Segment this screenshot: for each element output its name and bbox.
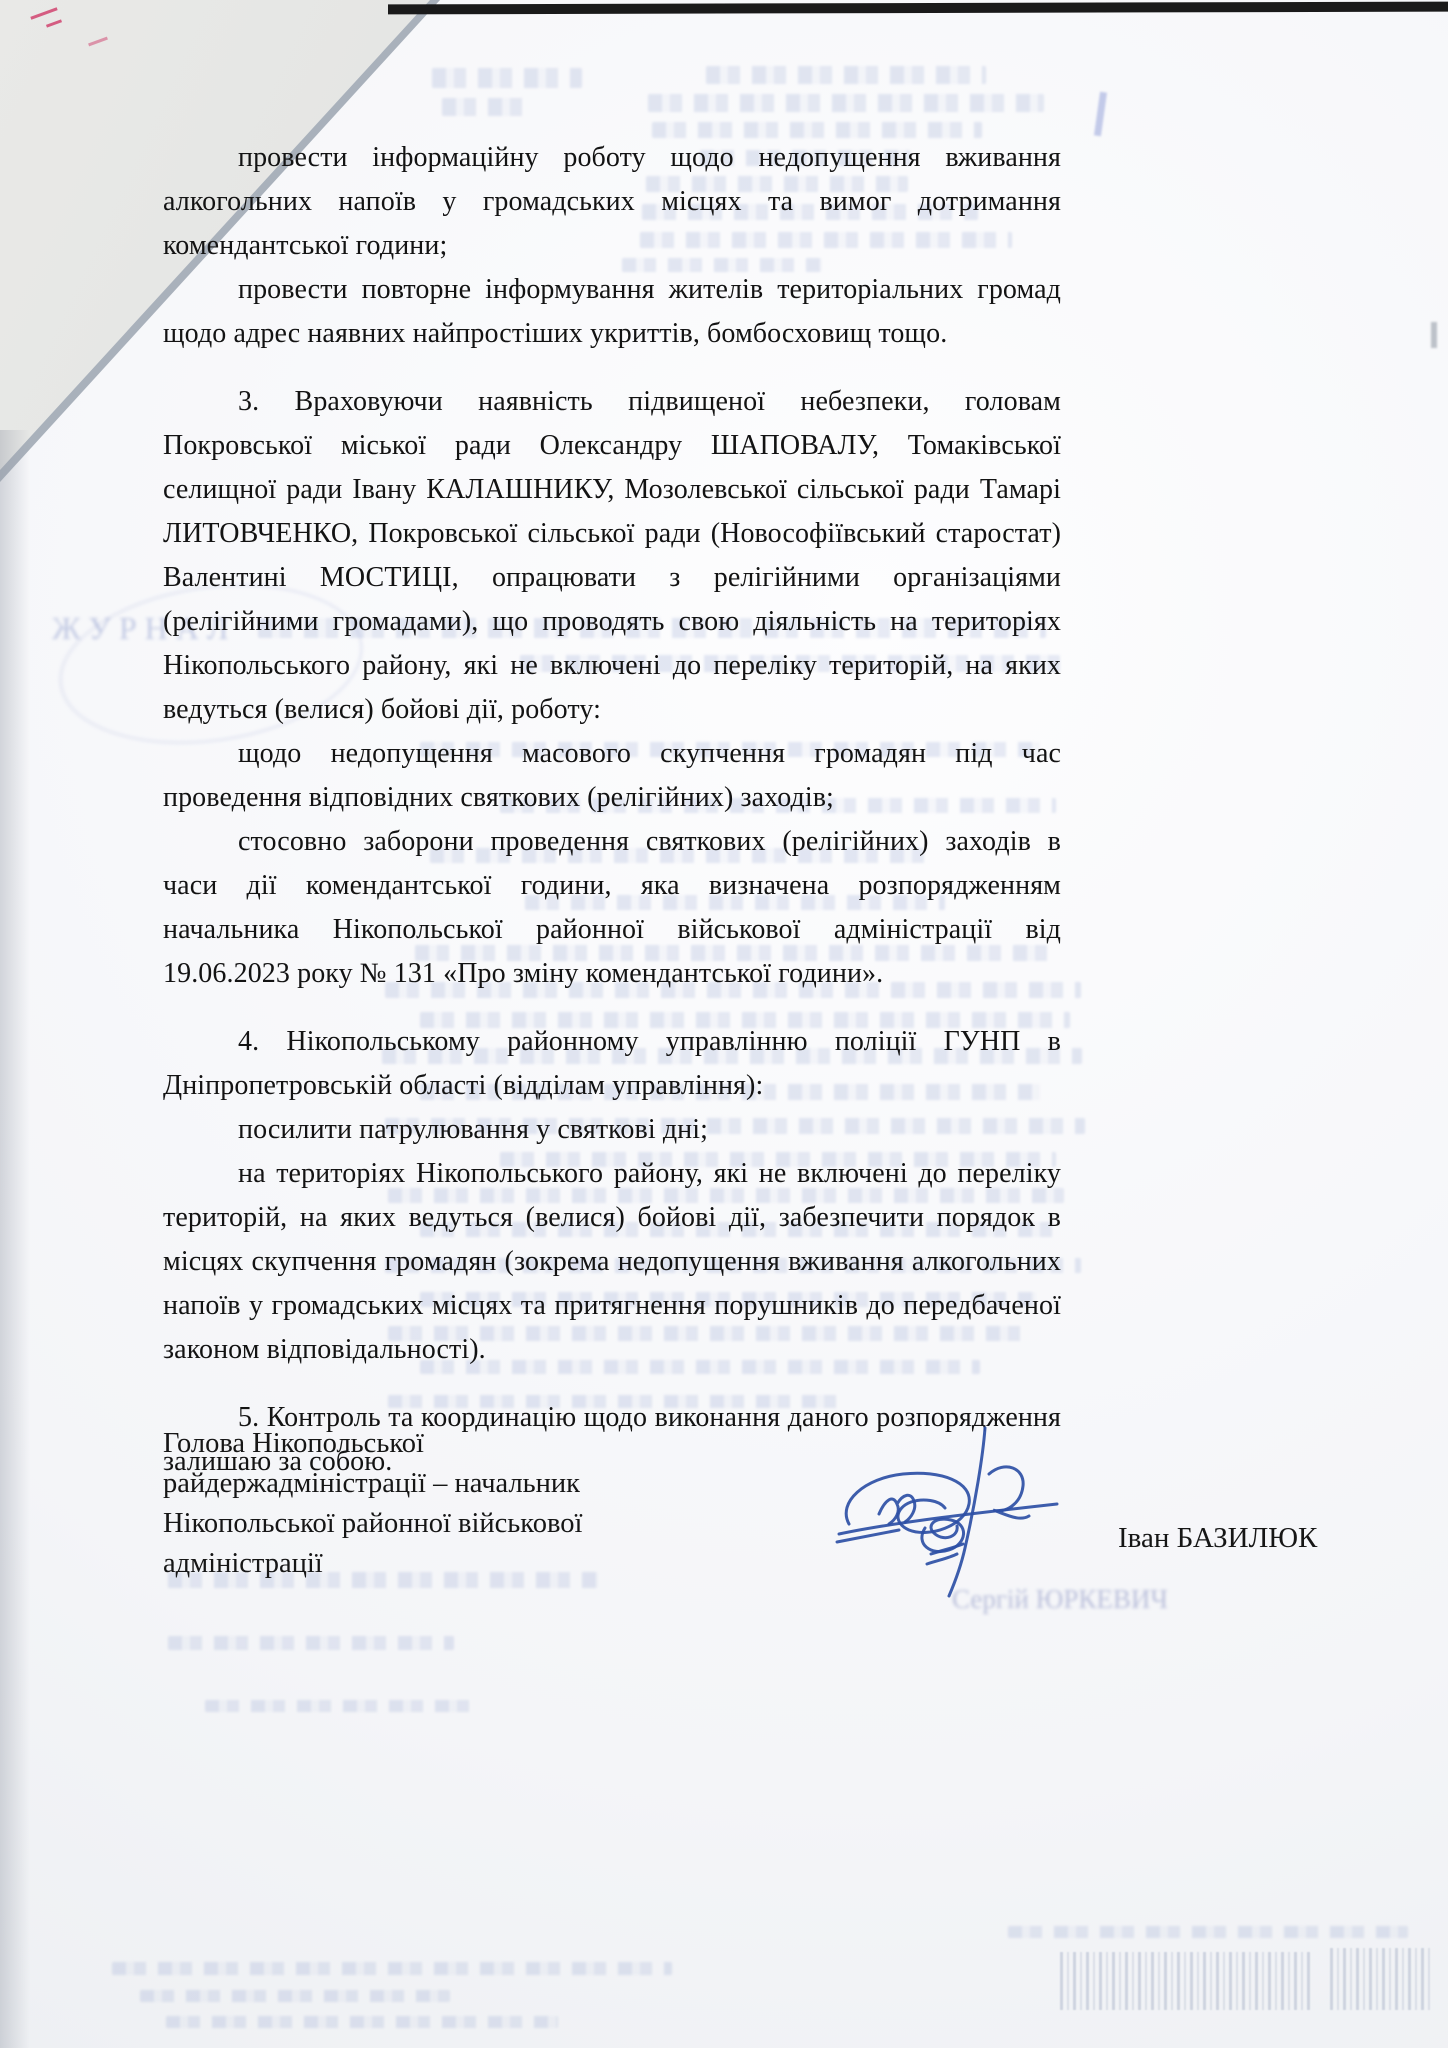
bleed-barcode xyxy=(1060,1952,1312,2010)
signatory-title-line: райдержадміністрації – начальник xyxy=(163,1464,723,1504)
bleed-smudge xyxy=(112,1962,672,1975)
bleed-smudge xyxy=(1008,1926,1408,1938)
scan-mark xyxy=(1094,92,1107,137)
scan-mark xyxy=(1431,322,1437,348)
signatory-title-line: Голова Нікопольської xyxy=(163,1424,723,1464)
signatory-title-line: Нікопольської районної військової xyxy=(163,1504,723,1544)
bleed-smudge xyxy=(205,1700,473,1712)
bleed-smudge xyxy=(168,1636,454,1650)
signatory-title-block: Голова Нікопольської райдержадміністраці… xyxy=(163,1424,723,1584)
paragraph-item-3-sub-2: стосовно заборони проведення святкових (… xyxy=(163,820,1061,996)
bleed-smudge xyxy=(432,68,582,88)
paragraph-shelters-info: провести повторне інформування жителів т… xyxy=(163,268,1061,356)
paragraph-alcohol-info: провести інформаційну роботу щодо недопу… xyxy=(163,136,1061,268)
paragraph-item-4-sub-1: посилити патрулювання у святкові дні; xyxy=(163,1108,1061,1152)
signer-name: Іван БАЗИЛЮК xyxy=(1118,1522,1317,1555)
scan-top-edge xyxy=(388,2,1448,15)
signatory-title-line: адміністрації xyxy=(163,1544,723,1584)
scan-left-shadow xyxy=(0,430,30,2048)
bleed-barcode xyxy=(1330,1948,1434,2010)
bleed-smudge xyxy=(648,94,1044,112)
bleed-smudge xyxy=(706,66,986,84)
bleed-smudge xyxy=(140,1990,450,2002)
scanned-page: ЖУРНАЛ Сергій ЮРКЕВИЧ провести інформаці… xyxy=(0,0,1448,2048)
paragraph-item-3-sub-1: щодо недопущення масового скупчення гром… xyxy=(163,732,1061,820)
paragraph-item-4-sub-2: на територіях Нікопольського району, які… xyxy=(163,1152,1061,1372)
signature-ink xyxy=(835,1416,1065,1621)
paragraph-item-3: 3. Враховуючи наявність підвищеної небез… xyxy=(163,380,1061,732)
bleed-smudge xyxy=(442,98,534,116)
bleed-smudge xyxy=(166,2016,558,2028)
document-body: провести інформаційну роботу щодо недопу… xyxy=(163,136,1061,1484)
paragraph-item-4: 4. Нікопольському районному управлінню п… xyxy=(163,1020,1061,1108)
